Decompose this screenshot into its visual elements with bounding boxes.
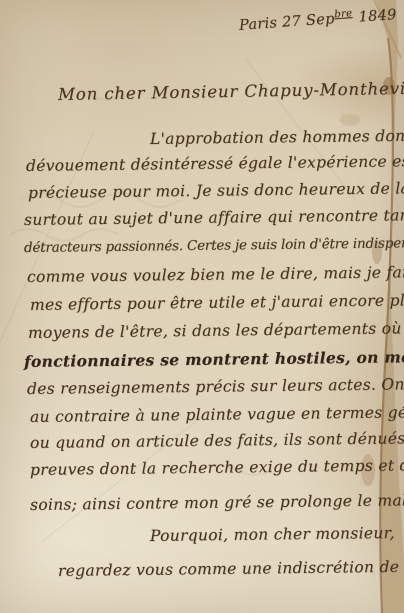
letter-line: Pourquoi, mon cher monsieur, — [150, 524, 395, 545]
dateline-year: 1849 — [358, 7, 397, 26]
letter-scan: Paris 27 Sepbre1849 Mon cher Monsieur Ch… — [0, 0, 404, 613]
letter-line: L'approbation des hommes dont le — [150, 127, 404, 148]
dateline-month-superscript: bre — [334, 8, 353, 20]
